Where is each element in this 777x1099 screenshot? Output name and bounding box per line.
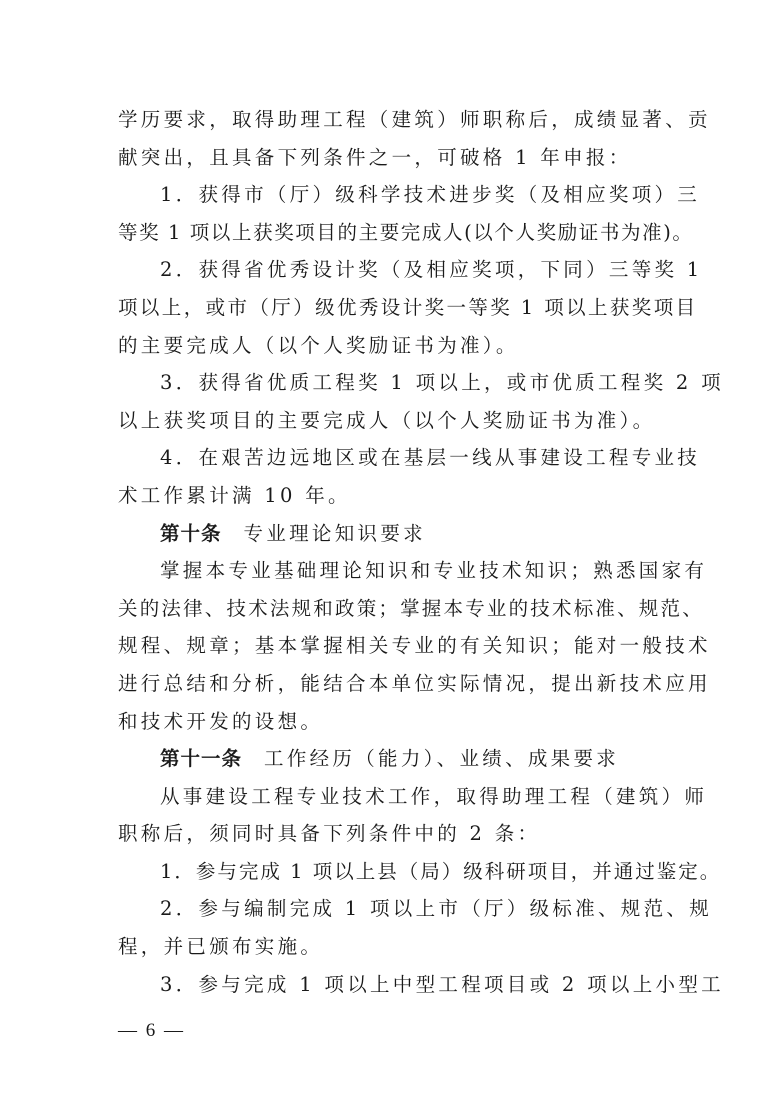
article-10-title: 专业理论知识要求	[244, 522, 426, 545]
list-item: 4．在艰苦边远地区或在基层一线从事建设工程专业技	[118, 439, 659, 477]
list-item: 1．参与完成 1 项以上县（局）级科研项目，并通过鉴定。	[118, 853, 659, 891]
list-item: 2．获得省优秀设计奖（及相应奖项，下同）三等奖 1	[118, 251, 659, 289]
article-11-title: 工作经历（能力）、业绩、成果要求	[264, 747, 619, 770]
paragraph-line: 掌握本专业基础理论知识和专业技术知识；熟悉国家有	[118, 552, 659, 590]
paragraph-line: 关的法律、技术法规和政策；掌握本专业的技术标准、规范、	[118, 590, 659, 628]
paragraph-line: 和技术开发的设想。	[118, 703, 659, 741]
document-page: 学历要求，取得助理工程（建筑）师职称后，成绩显著、贡 献突出，且具备下列条件之一…	[118, 101, 659, 1003]
text-line: 学历要求，取得助理工程（建筑）师职称后，成绩显著、贡	[118, 101, 659, 139]
page-number: — 6 —	[118, 1020, 185, 1042]
paragraph-line: 从事建设工程专业技术工作，取得助理工程（建筑）师	[118, 778, 659, 816]
text-line: 术工作累计满 10 年。	[118, 477, 659, 515]
article-11-heading: 第十一条工作经历（能力）、业绩、成果要求	[118, 740, 659, 778]
paragraph-line: 职称后，须同时具备下列条件中的 2 条：	[118, 815, 659, 853]
text-line: 项以上，或市（厅）级优秀设计奖一等奖 1 项以上获奖项目	[118, 289, 659, 327]
article-10-label: 第十条	[160, 522, 222, 545]
list-item: 3．获得省优质工程奖 1 项以上，或市优质工程奖 2 项	[118, 364, 659, 402]
list-item: 2．参与编制完成 1 项以上市（厅）级标准、规范、规	[118, 890, 659, 928]
paragraph-line: 进行总结和分析，能结合本单位实际情况，提出新技术应用	[118, 665, 659, 703]
text-line: 等奖 1 项以上获奖项目的主要完成人(以个人奖励证书为准)。	[118, 214, 659, 252]
article-11-label: 第十一条	[160, 747, 242, 770]
text-line: 程，并已颁布实施。	[118, 928, 659, 966]
text-line: 献突出，且具备下列条件之一，可破格 1 年申报：	[118, 139, 659, 177]
text-line: 以上获奖项目的主要完成人（以个人奖励证书为准）。	[118, 402, 659, 440]
article-10-heading: 第十条专业理论知识要求	[118, 515, 659, 553]
text-line: 的主要完成人（以个人奖励证书为准）。	[118, 327, 659, 365]
list-item: 1．获得市（厅）级科学技术进步奖（及相应奖项）三	[118, 176, 659, 214]
paragraph-line: 规程、规章；基本掌握相关专业的有关知识；能对一般技术	[118, 627, 659, 665]
list-item: 3．参与完成 1 项以上中型工程项目或 2 项以上小型工	[118, 966, 659, 1004]
